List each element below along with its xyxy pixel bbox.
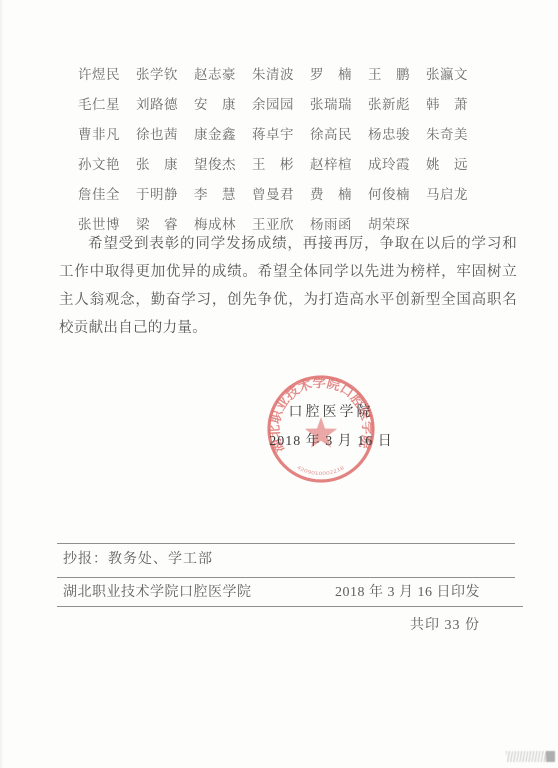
name-row: 詹佳全于明静李 慧曾曼君费 楠何俊楠马启龙: [78, 180, 518, 210]
student-name: 刘路德: [136, 90, 178, 120]
student-name: 蒋卓宇: [252, 120, 294, 150]
student-name: 毛仁星: [78, 90, 120, 120]
student-name: 张新彪: [368, 90, 410, 120]
student-name: 罗 楠: [310, 60, 352, 90]
signature-block: 口腔医学院 2018 年 3 月 16 日: [258, 404, 404, 451]
student-name: 杨忠骏: [368, 120, 410, 150]
student-name: 朱奇美: [426, 120, 468, 150]
student-name: 王 彬: [252, 150, 294, 180]
student-name: 何俊楠: [368, 180, 410, 210]
copies-count: 共印 33 份: [410, 614, 480, 634]
name-row: 曹非凡徐也茜康金鑫蒋卓宇徐高民杨忠骏朱奇美: [78, 120, 518, 150]
signature-unit: 口腔医学院: [258, 404, 404, 422]
student-name: 张瀛文: [426, 60, 468, 90]
student-name: 孙文艳: [78, 150, 120, 180]
seal-serial-number: 4209010002218: [296, 465, 346, 477]
student-name: 于明静: [136, 180, 178, 210]
student-name: 康金鑫: [194, 120, 236, 150]
student-name: 曾曼君: [252, 180, 294, 210]
student-name: 曹非凡: [78, 120, 120, 150]
student-name: 王 鹏: [368, 60, 410, 90]
student-name: 张瑞瑞: [310, 90, 352, 120]
student-name: 余园园: [252, 90, 294, 120]
student-name: 徐高民: [310, 120, 352, 150]
footer-divider-bottom: [57, 606, 523, 607]
svg-text:4209010002218: 4209010002218: [296, 465, 346, 477]
student-name: 李 慧: [194, 180, 236, 210]
student-name: 许煜民: [78, 60, 120, 90]
scan-watermark: [506, 751, 555, 762]
body-paragraph: 希望受到表彰的同学发扬成绩，再接再厉，争取在以后的学习和工作中取得更加优异的成绩…: [59, 230, 517, 342]
student-name: 安 康: [194, 90, 236, 120]
issuing-unit: 湖北职业技术学院口腔医学院: [63, 581, 252, 601]
print-date: 2018 年 3 月 16 日印发: [335, 581, 480, 601]
student-name: 徐也茜: [136, 120, 178, 150]
copy-to-line: 抄报：教务处、学工部: [63, 548, 213, 568]
student-name: 望俊杰: [194, 150, 236, 180]
footer-divider-middle: [57, 577, 515, 578]
student-name: 张学钦: [136, 60, 178, 90]
student-name: 成玲霞: [368, 150, 410, 180]
student-name: 朱清波: [252, 60, 294, 90]
name-row: 许煜民张学钦赵志豪朱清波罗 楠王 鹏张瀛文: [78, 60, 518, 90]
student-name: 詹佳全: [78, 180, 120, 210]
student-name: 赵梓楦: [310, 150, 352, 180]
issuer-row: 湖北职业技术学院口腔医学院 2018 年 3 月 16 日印发: [63, 581, 480, 601]
student-name: 韩 萧: [426, 90, 468, 120]
document-page: 许煜民张学钦赵志豪朱清波罗 楠王 鹏张瀛文毛仁星刘路德安 康余园园张瑞瑞张新彪韩…: [0, 0, 558, 768]
footer-divider-top: [57, 543, 515, 544]
student-name: 张 康: [136, 150, 178, 180]
student-name: 马启龙: [426, 180, 468, 210]
signature-date: 2018 年 3 月 16 日: [258, 433, 404, 451]
student-name: 赵志豪: [194, 60, 236, 90]
name-row: 孙文艳张 康望俊杰王 彬赵梓楦成玲霞姚 远: [78, 150, 518, 180]
name-row: 毛仁星刘路德安 康余园园张瑞瑞张新彪韩 萧: [78, 90, 518, 120]
student-name: 费 楠: [310, 180, 352, 210]
names-list: 许煜民张学钦赵志豪朱清波罗 楠王 鹏张瀛文毛仁星刘路德安 康余园园张瑞瑞张新彪韩…: [78, 60, 518, 240]
student-name: 姚 远: [426, 150, 468, 180]
